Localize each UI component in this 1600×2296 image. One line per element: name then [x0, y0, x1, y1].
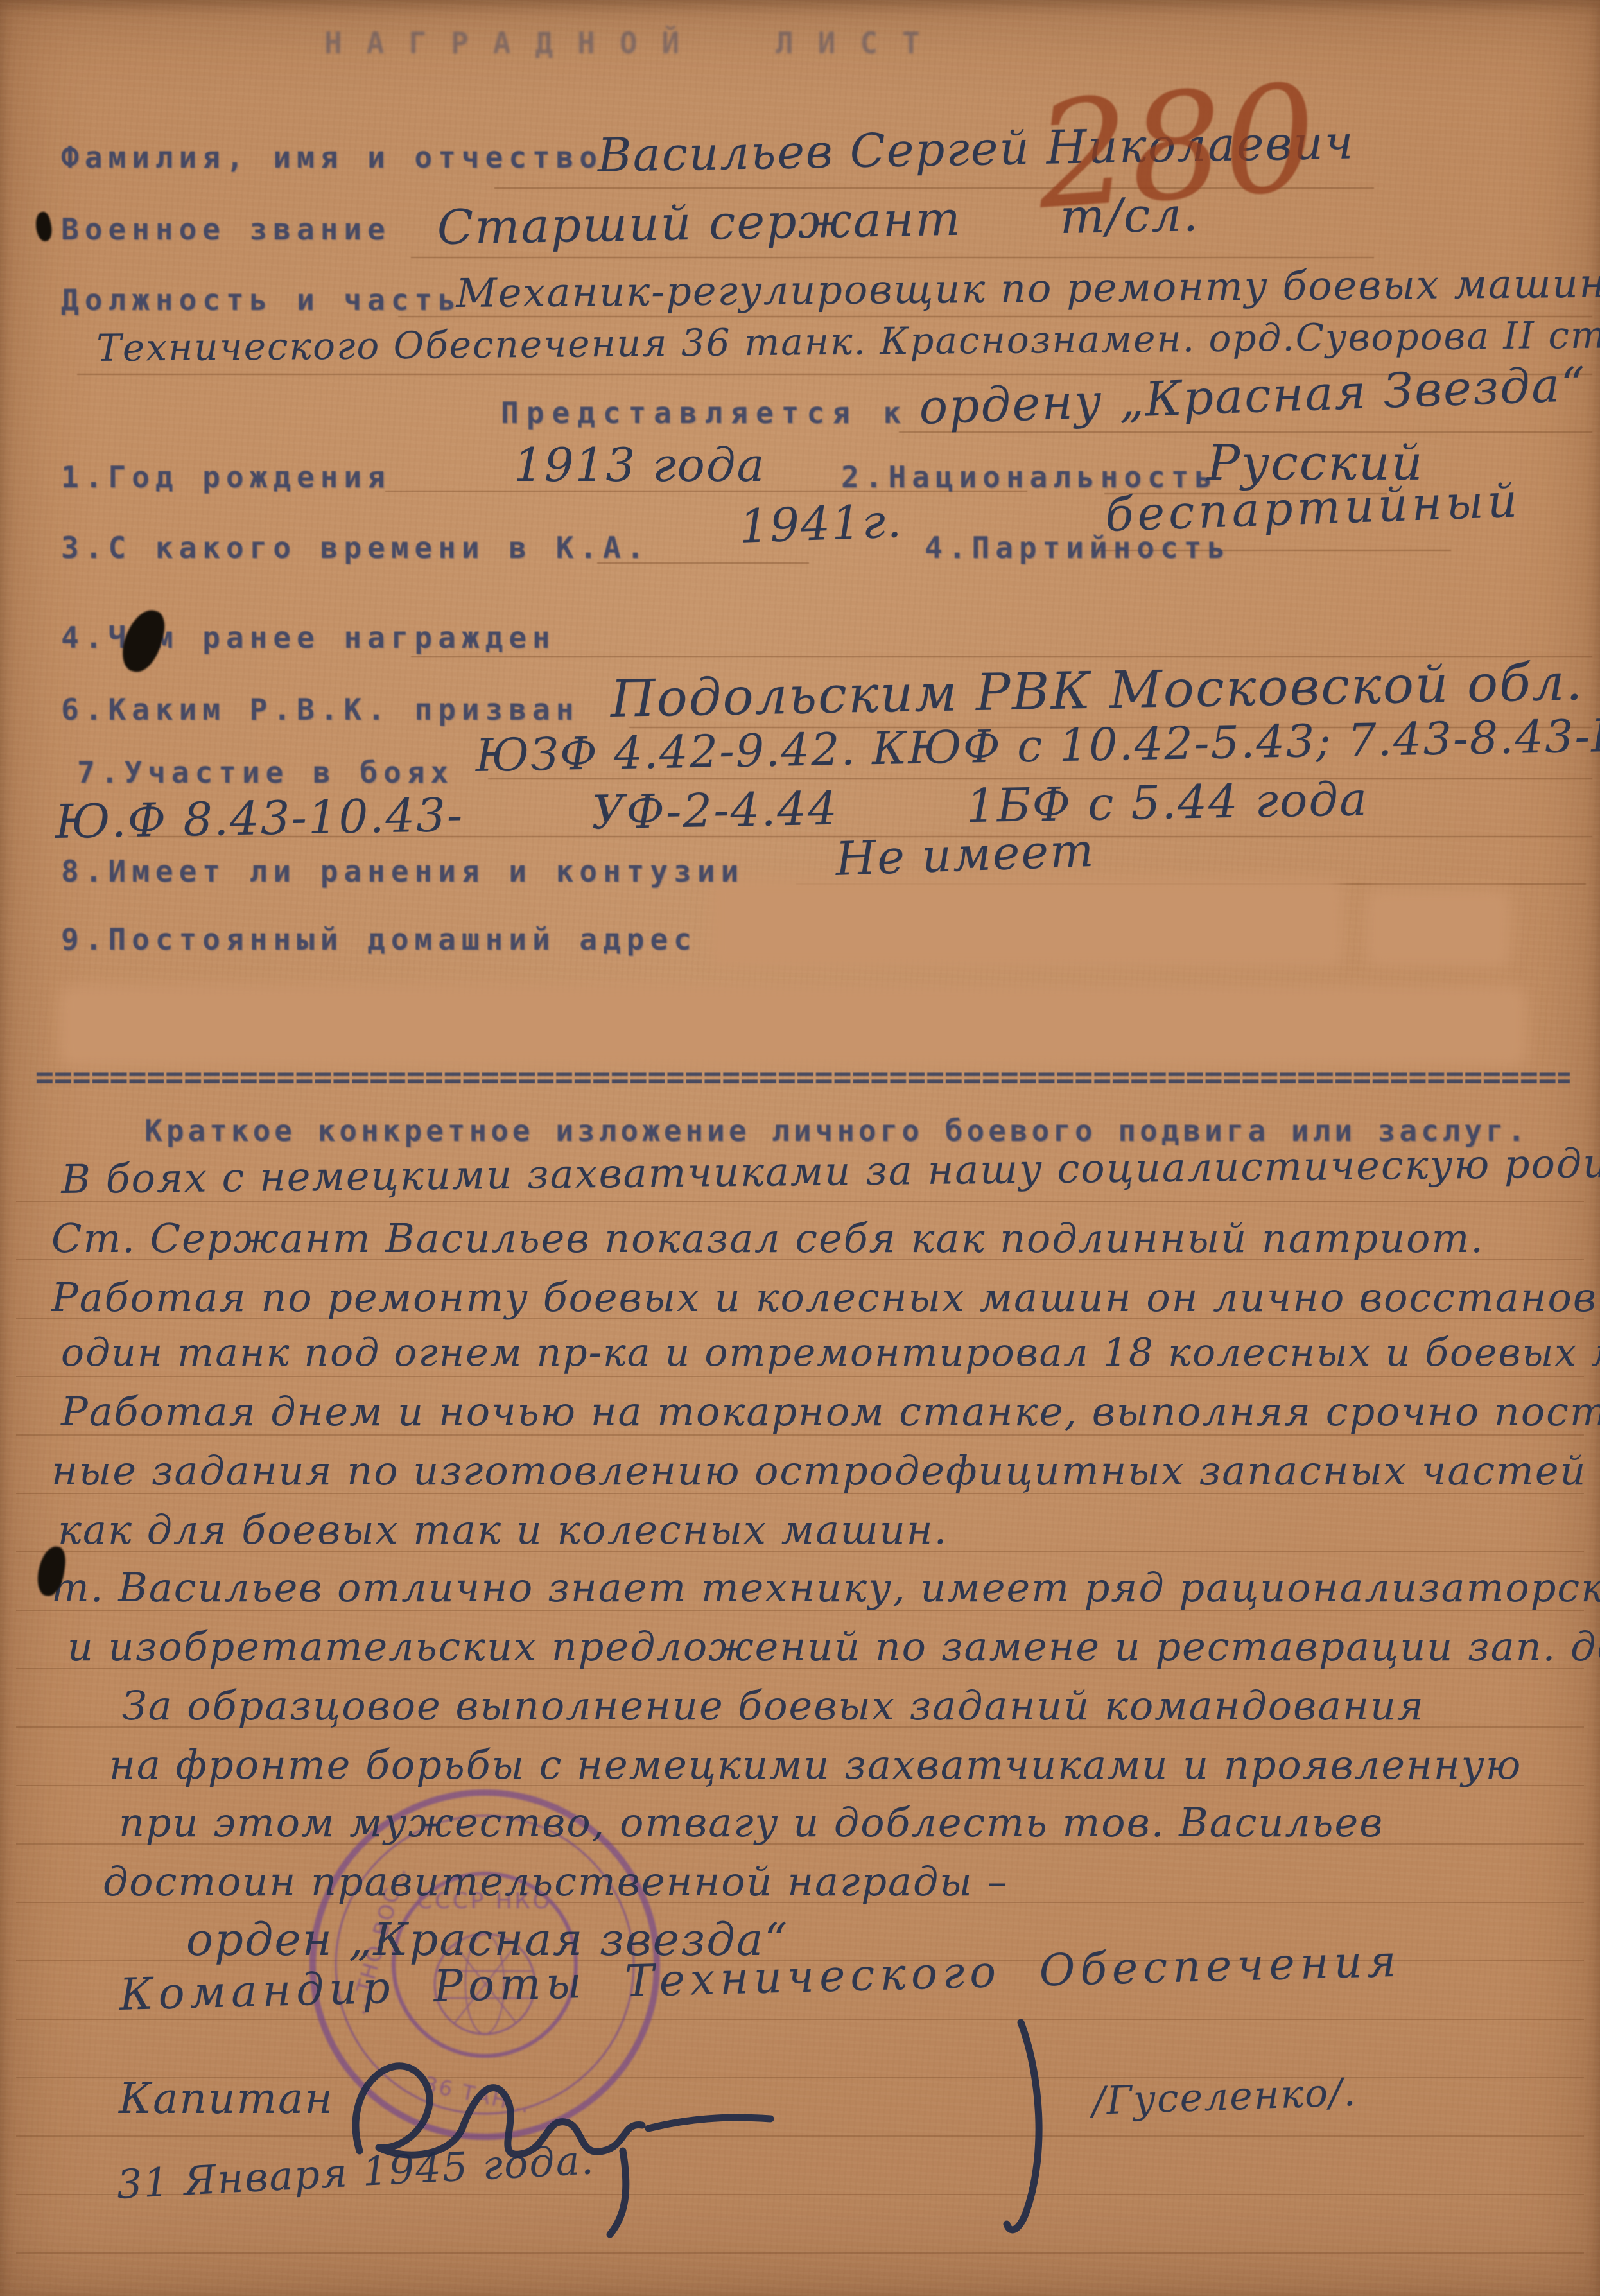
citation-line: как для боевых так и колесных машин.: [58, 1506, 948, 1553]
citation-line: Работая по ремонту боевых и колесных маш…: [51, 1274, 1600, 1321]
address-redaction-patch: [1374, 898, 1502, 959]
citation-line: при этом мужество, отвагу и доблесть тов…: [119, 1799, 1384, 1846]
field-inarmy-value: 1941г.: [738, 494, 903, 553]
field-address-label: 9.Постоянный домашний адрес: [61, 922, 697, 957]
citation-line: ные задания по изготовлению остродефицит…: [51, 1447, 1587, 1494]
commander-name: /Гуселенко/.: [1091, 2070, 1358, 2124]
citation-line: В боях с немецкими захватчиками за нашу …: [61, 1139, 1600, 1203]
form-underline: [796, 883, 1586, 885]
section-divider: ========================================…: [35, 1059, 1570, 1095]
paper-hole: [33, 211, 54, 243]
field-wounds-value: Не имеет: [835, 823, 1096, 886]
citation-line: За образцовое выполнение боевых заданий …: [122, 1682, 1425, 1729]
citation-line: Ст. Сержант Васильев показал себя как по…: [51, 1215, 1484, 1262]
citation-line: Работая днем и ночью на токарном станке,…: [61, 1388, 1600, 1435]
field-presented-label: Представляется к: [501, 396, 909, 430]
field-position-value-line1: Механик-регулировщик по ремонту боевых м…: [456, 258, 1600, 317]
field-wounds-label: 8.Имеет ли ранения и контузии: [61, 854, 744, 889]
field-rank-label: Военное звание: [61, 212, 391, 247]
address-redaction-patch: [67, 994, 1518, 1058]
paper-hole: [117, 605, 169, 677]
field-drafted-label: 6.Каким Р.В.К. призван: [61, 692, 579, 727]
citation-line: достоин правительственной награды –: [103, 1858, 1008, 1905]
page-title: НАГРАДНОЙ ЛИСТ: [324, 26, 944, 60]
citation-line: на фронте борьбы с немецкими захватчикам…: [109, 1741, 1522, 1788]
red-pencil-number: 280: [1031, 52, 1322, 242]
field-birth-label: 1.Год рождения: [61, 460, 391, 494]
field-presented-value: ордену „Красная Звезда“: [918, 357, 1587, 435]
form-underline: [411, 257, 1374, 258]
award-sheet-page: НАГРАДНОЙ ЛИСТ 280 Фамилия, имя и отчест…: [0, 0, 1600, 2296]
field-position-value-line2: Технического Обеспечения 36 танк. Красно…: [96, 311, 1600, 370]
field-birth-value: 1913 года: [514, 438, 765, 492]
citation-line: один танк под огнем пр-ка и отремонтиров…: [61, 1330, 1600, 1375]
field-position-label: Должность и часть: [61, 283, 462, 317]
field-inarmy-label: 3.С какого времени в К.А.: [61, 530, 650, 565]
commander-signature-stroke: [302, 1997, 1104, 2254]
citation-line: и изобретательских предложений по замене…: [67, 1623, 1600, 1670]
address-redaction-patch: [719, 887, 1335, 959]
field-name-label: Фамилия, имя и отчество: [61, 140, 603, 175]
citation-line: т. Васильев отлично знает технику, имеет…: [51, 1564, 1600, 1611]
field-combat-label: 7.Участие в боях: [77, 755, 454, 790]
